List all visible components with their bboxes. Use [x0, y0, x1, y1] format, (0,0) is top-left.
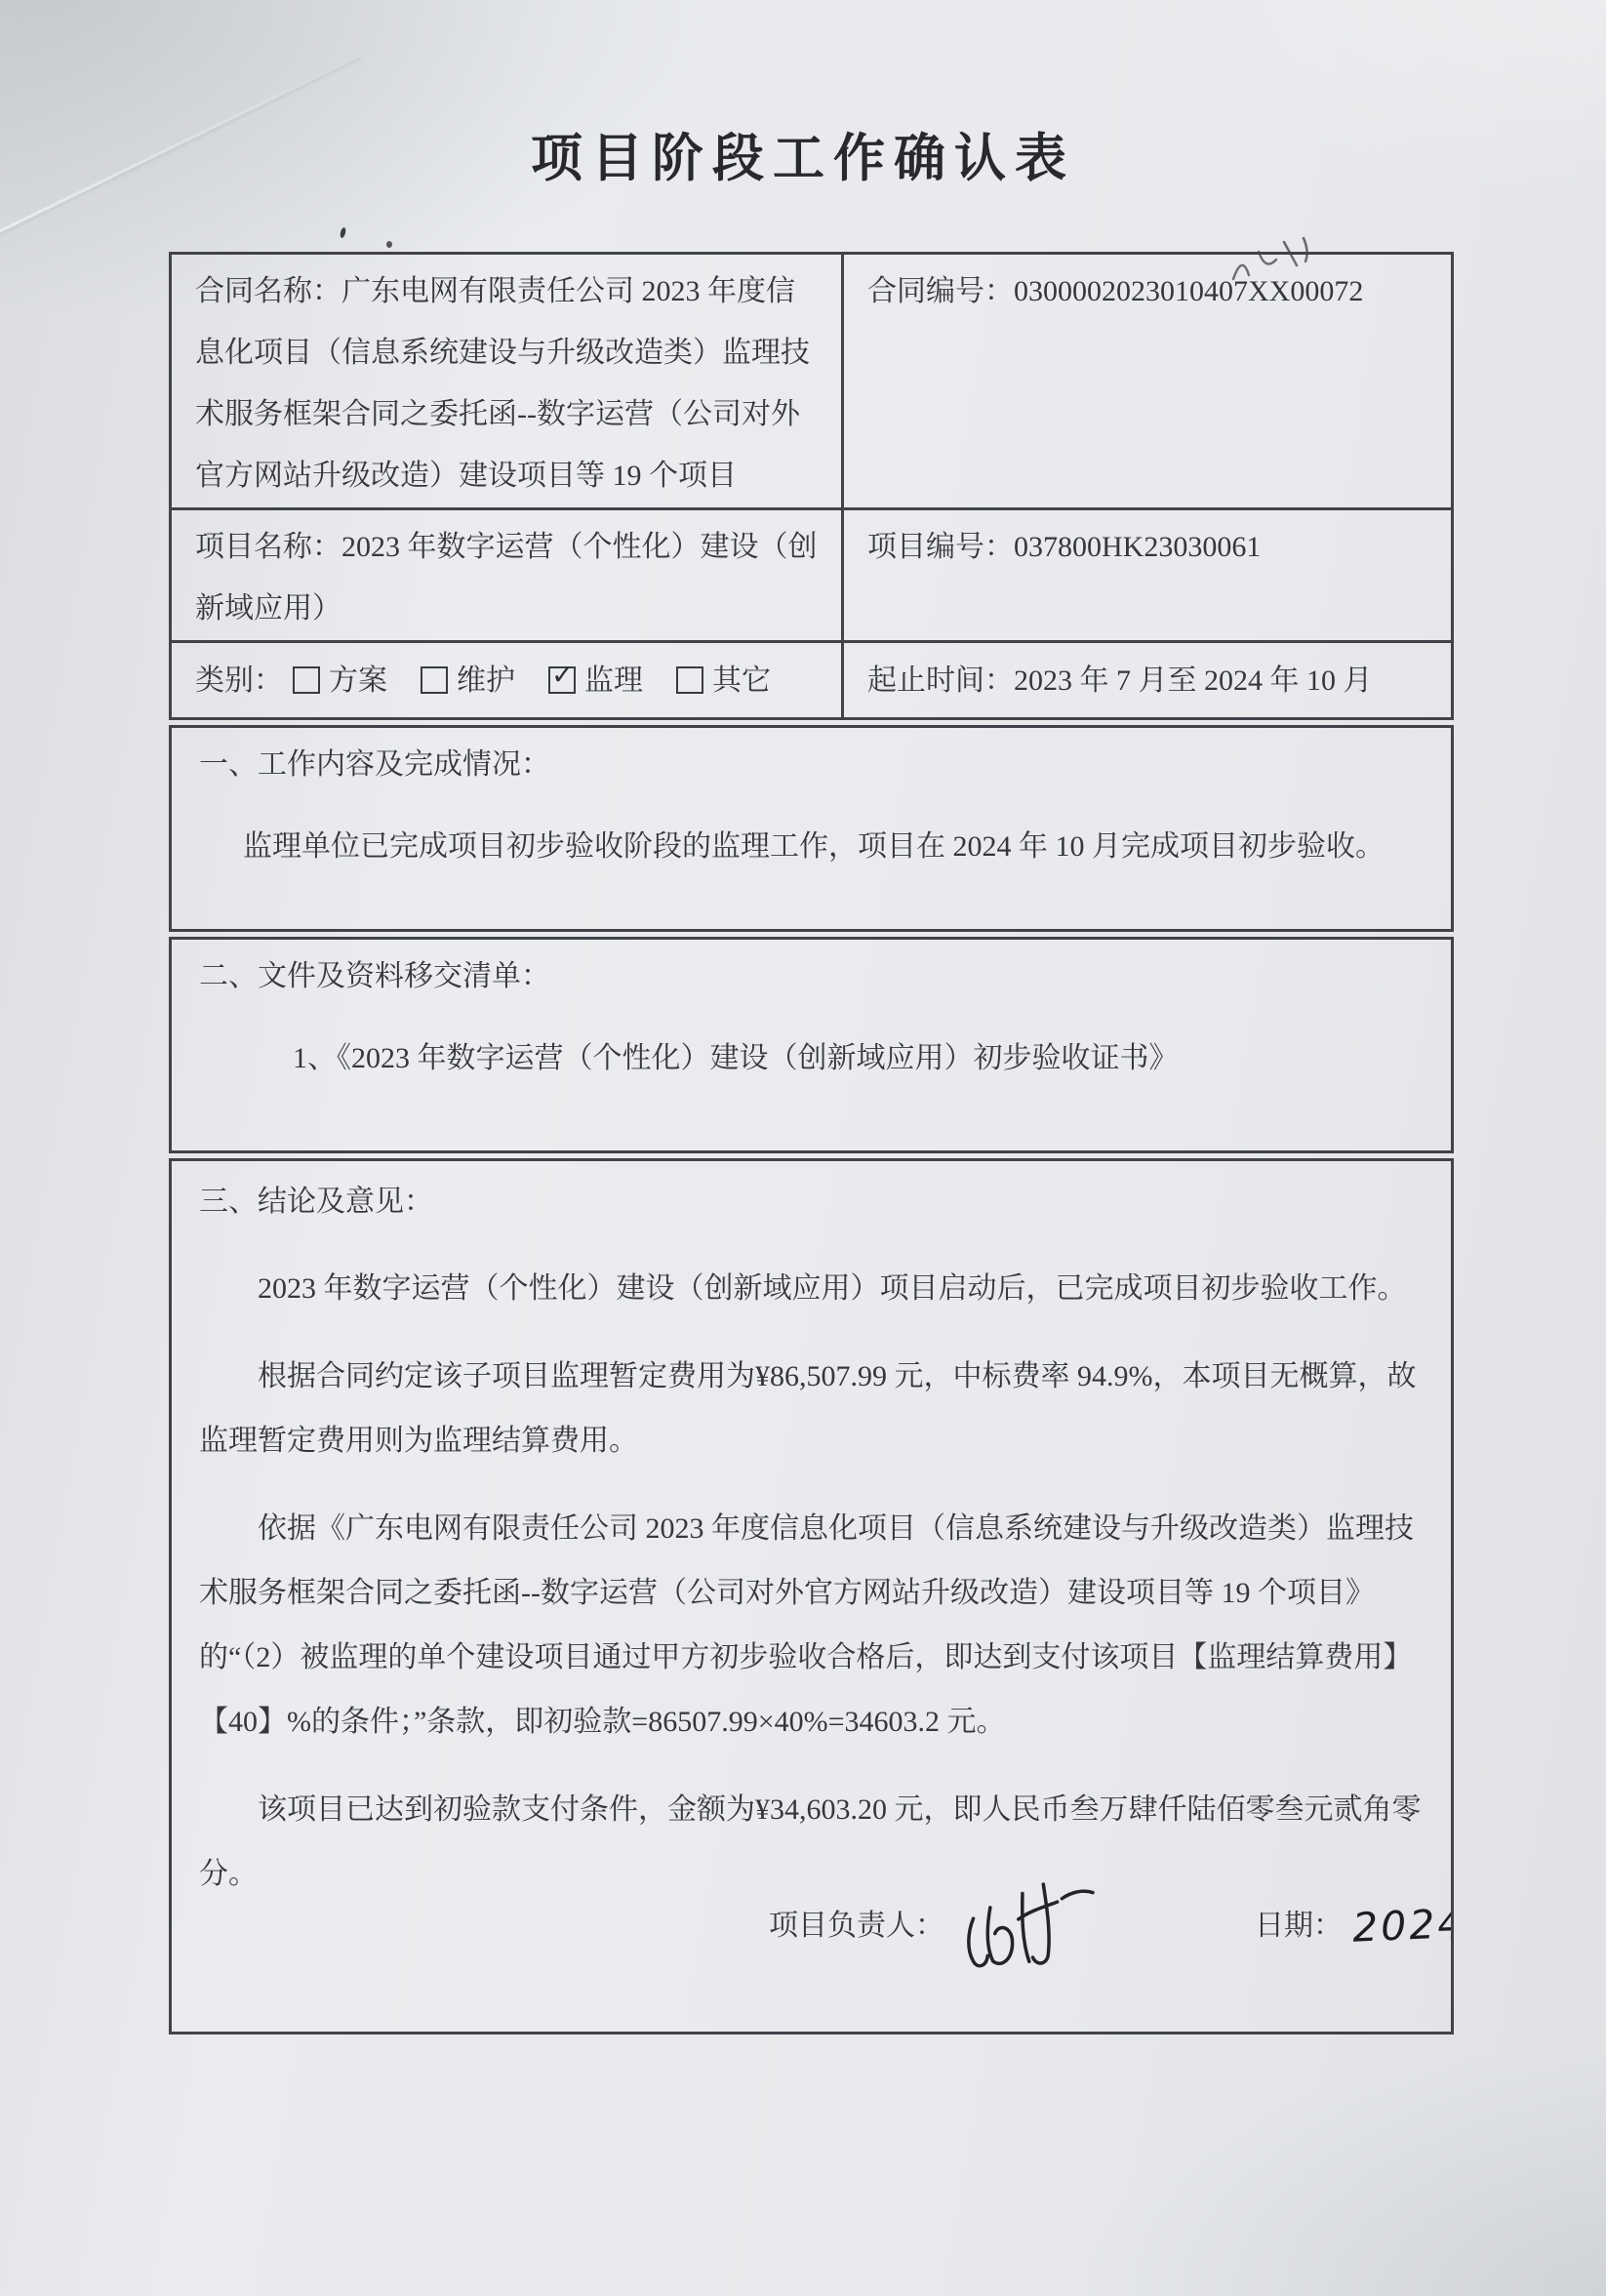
- checkbox-option-other: 其它: [676, 650, 771, 711]
- duration-value: 2023 年 7 月至 2024 年 10 月: [1014, 650, 1373, 711]
- scanned-document-page: 项目阶段工作确认表 合同名称：广东电网有限责任公司 2023 年度信息化项目（信…: [0, 0, 1606, 2296]
- section-handover-list: 二、文件及资料移交清单： 1、《2023 年数字运营（个性化）建设（创新域应用）…: [169, 937, 1454, 1153]
- section-one-body: 监理单位已完成项目初步验收阶段的监理工作，项目在 2024 年 10 月完成项目…: [199, 818, 1422, 876]
- confirmation-form-table: 合同名称：广东电网有限责任公司 2023 年度信息化项目（信息系统建设与升级改造…: [169, 252, 1454, 2034]
- section-two-item: 1、《2023 年数字运营（个性化）建设（创新域应用）初步验收证书》: [199, 1029, 1422, 1088]
- contract-number-cell: 合同编号：0300002023010407XX00072: [844, 255, 1451, 510]
- checkbox-option-label: 监理: [584, 650, 643, 711]
- category-cell: 类别： 方案 维护 ✓ 监理 其它: [172, 643, 844, 717]
- section-work-content: 一、工作内容及完成情况： 监理单位已完成项目初步验收阶段的监理工作，项目在 20…: [169, 725, 1454, 932]
- date-label: 日期：: [1255, 1901, 1343, 1944]
- project-name-cell: 项目名称：2023 年数字运营（个性化）建设（创新域应用）: [172, 510, 844, 643]
- ink-speck: [386, 241, 392, 248]
- date-handwritten-value: 2024.10.16: [1351, 1893, 1454, 1952]
- project-number-cell: 项目编号：037800HK23030061: [844, 510, 1451, 643]
- section-two-heading: 二、文件及资料移交清单：: [199, 947, 1422, 1006]
- checkbox-icon-checked: ✓: [548, 666, 576, 694]
- duration-label: 起止时间：: [867, 650, 1014, 711]
- project-number-label: 项目编号：: [867, 531, 1014, 563]
- checkbox-option-plan: 方案: [293, 650, 387, 711]
- section-one-heading: 一、工作内容及完成情况：: [199, 736, 1422, 794]
- checkbox-icon: [676, 666, 703, 694]
- manager-signature: [955, 1871, 1107, 1974]
- section-three-heading: 三、结论及意见：: [199, 1171, 1422, 1233]
- checkbox-option-supervision: ✓ 监理: [548, 650, 643, 711]
- contract-number-value: 0300002023010407XX00072: [1014, 275, 1363, 307]
- checkbox-option-maintenance: 维护: [421, 650, 515, 711]
- category-label: 类别：: [195, 650, 283, 711]
- duration-cell: 起止时间：2023 年 7 月至 2024 年 10 月: [844, 643, 1451, 717]
- section-conclusion: 三、结论及意见： 2023 年数字运营（个性化）建设（创新域应用）项目启动后，已…: [169, 1158, 1454, 2034]
- checkbox-option-label: 方案: [329, 650, 387, 711]
- contract-name-label: 合同名称：: [195, 275, 341, 307]
- contract-name-cell: 合同名称：广东电网有限责任公司 2023 年度信息化项目（信息系统建设与升级改造…: [172, 255, 844, 510]
- project-number-value: 037800HK23030061: [1014, 531, 1261, 563]
- conclusion-paragraph-2: 根据合同约定该子项目监理暂定费用为¥86,507.99 元，中标费率 94.9%…: [199, 1345, 1422, 1473]
- checkbox-option-label: 维护: [457, 650, 515, 711]
- ink-speck: [340, 227, 347, 239]
- check-mark: ✓: [551, 662, 574, 689]
- signature-row: 项目负责人： 日期： 2024.10.16: [769, 1875, 1454, 1969]
- checkbox-icon: [293, 666, 320, 694]
- form-header-block: 合同名称：广东电网有限责任公司 2023 年度信息化项目（信息系统建设与升级改造…: [169, 252, 1454, 720]
- conclusion-paragraph-1: 2023 年数字运营（个性化）建设（创新域应用）项目启动后，已完成项目初步验收工…: [199, 1257, 1422, 1321]
- contract-name-value: 广东电网有限责任公司 2023 年度信息化项目（信息系统建设与升级改造类）监理技…: [195, 275, 810, 492]
- page-title: 项目阶段工作确认表: [0, 117, 1606, 191]
- checkbox-icon: [421, 666, 448, 694]
- contract-number-label: 合同编号：: [867, 275, 1014, 307]
- project-name-label: 项目名称：: [195, 531, 341, 563]
- conclusion-paragraph-3: 依据《广东电网有限责任公司 2023 年度信息化项目（信息系统建设与升级改造类）…: [199, 1497, 1422, 1754]
- project-manager-label: 项目负责人：: [769, 1901, 944, 1944]
- checkbox-option-label: 其它: [712, 650, 771, 711]
